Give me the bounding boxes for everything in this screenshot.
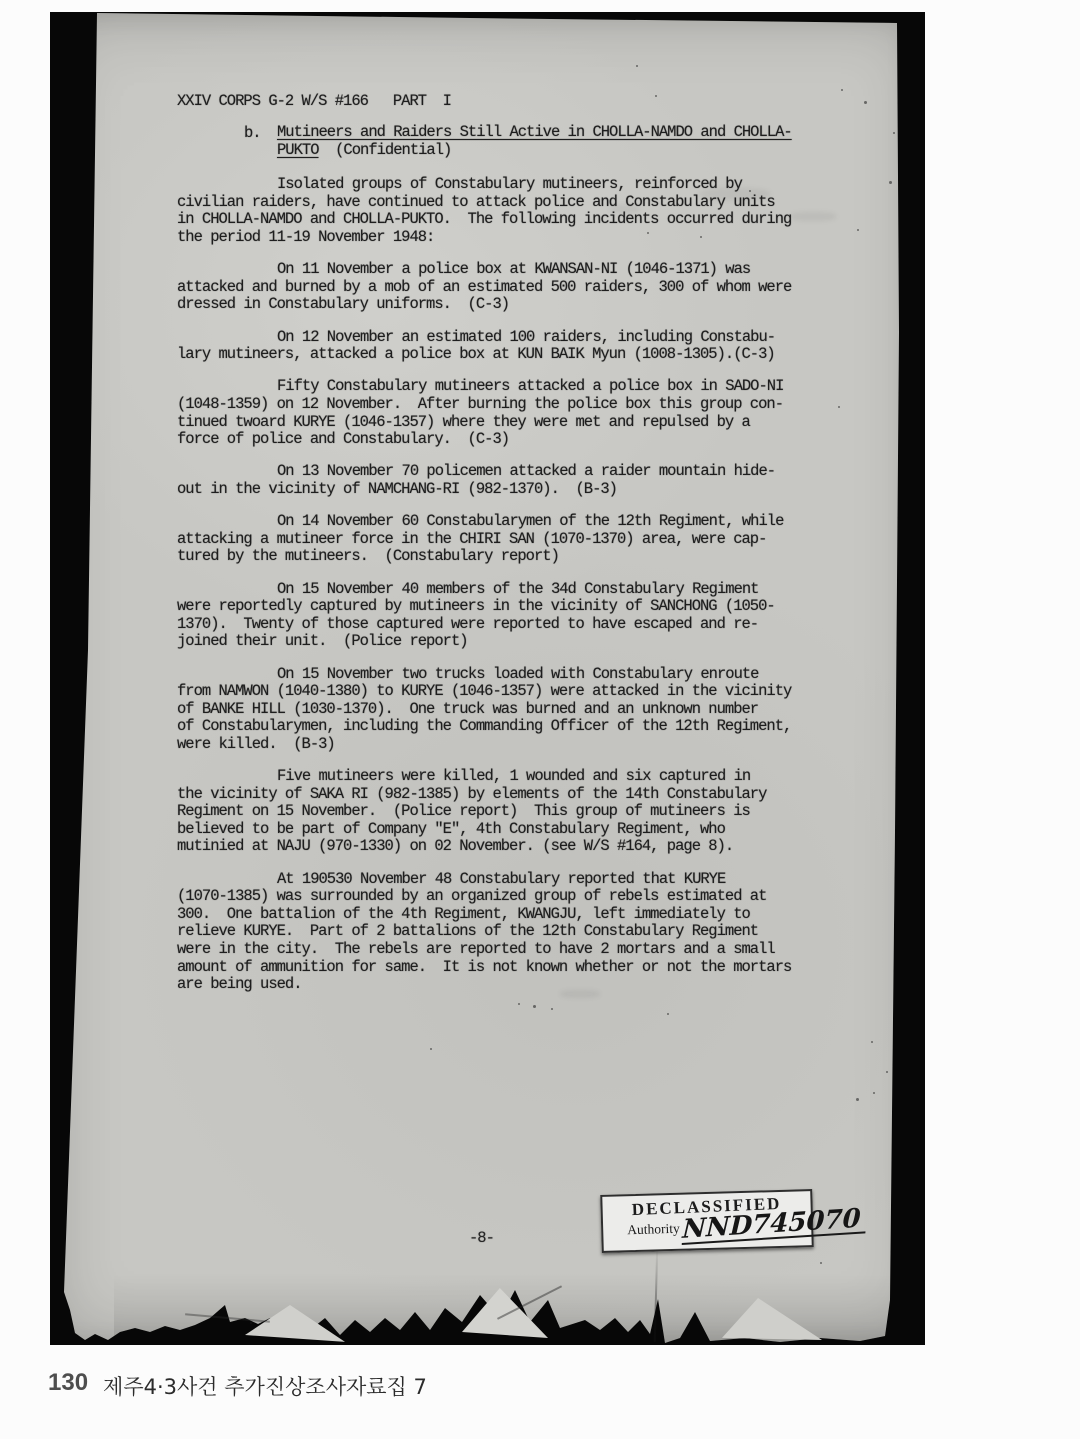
text-line: On 15 November two trucks loaded with Co… (177, 666, 837, 684)
paper-speck (700, 236, 702, 238)
paper-speck (533, 1005, 536, 1008)
paragraph: Five mutineers were killed, 1 wounded an… (177, 768, 837, 856)
text-line: (1048-1359) on 12 November. After burnin… (177, 396, 837, 414)
text-line: lary mutineers, attacked a police box at… (177, 346, 837, 364)
text-line: attacking a mutineer force in the CHIRI … (177, 531, 837, 549)
book-caption: 제주4·3사건 추가진상조사자료집 7 (103, 1371, 427, 1401)
text-line: joined their unit. (Police report) (177, 633, 837, 651)
paragraph: On 14 November 60 Constabularymen of the… (177, 513, 837, 566)
text-line: Five mutineers were killed, 1 wounded an… (177, 768, 837, 786)
paper-speck (864, 101, 867, 104)
text-line: were killed. (B-3) (177, 736, 837, 754)
declassified-stamp: DECLASSIFIED Authority NND745070 (600, 1189, 814, 1253)
text-line: are being used. (177, 976, 837, 994)
paper-smudge (560, 990, 600, 998)
paper-speck (893, 132, 895, 134)
paper-speck (889, 181, 892, 184)
text-line: Regiment on 15 November. (Police report)… (177, 803, 837, 821)
text-line: were reportedly captured by mutineers in… (177, 598, 837, 616)
text-line: On 11 November a police box at KWANSAN-N… (177, 261, 837, 279)
text-line: On 12 November an estimated 100 raiders,… (177, 329, 837, 347)
paragraph: On 11 November a police box at KWANSAN-N… (177, 261, 837, 314)
book-footer: 130 제주4·3사건 추가진상조사자료집 7 (48, 1369, 427, 1401)
text-line: the period 11-19 November 1948: (177, 229, 837, 247)
text-line: were in the city. The rebels are reporte… (177, 941, 837, 959)
paragraph: On 13 November 70 policemen attacked a r… (177, 463, 837, 498)
paper-speck (857, 229, 859, 231)
text-line: force of police and Constabulary. (C-3) (177, 431, 837, 449)
text-line: the vicinity of SAKA RI (982-1385) by el… (177, 786, 837, 804)
document-header: XXIV CORPS G-2 W/S #166 PART I (177, 93, 837, 111)
text-line: from NAMWON (1040-1380) to KURYE (1046-1… (177, 683, 837, 701)
text-line: out in the vicinity of NAMCHANG-RI (982-… (177, 481, 837, 499)
text-line: At 190530 November 48 Constabulary repor… (177, 871, 837, 889)
paper-speck (667, 1013, 669, 1015)
book-page-number: 130 (48, 1369, 88, 1401)
text-line: of BANKE HILL (1030-1370). One truck was… (177, 701, 837, 719)
text-line: On 13 November 70 policemen attacked a r… (177, 463, 837, 481)
paper-speck (518, 1003, 520, 1005)
paper-speck (430, 1048, 432, 1050)
paragraph: Fifty Constabulary mutineers attacked a … (177, 378, 837, 448)
paper-speck (838, 406, 840, 408)
text-line: relieve KURYE. Part of 2 battalions of t… (177, 923, 837, 941)
document-text-block: XXIV CORPS G-2 W/S #166 PART I b. Mutine… (177, 93, 837, 1008)
paper-smudge (610, 205, 640, 213)
paragraph: On 15 November 40 members of the 34d Con… (177, 581, 837, 651)
text-line: tinued twoard KURYE (1046-1357) where th… (177, 414, 837, 432)
paper-smudge (790, 212, 836, 221)
paragraph: At 190530 November 48 Constabulary repor… (177, 871, 837, 994)
text-line: dressed in Constabulary uniforms. (C-3) (177, 296, 837, 314)
text-line: of Constabularymen, including the Comman… (177, 718, 837, 736)
text-line: (1070-1385) was surrounded by an organiz… (177, 888, 837, 906)
paper-speck (820, 1262, 822, 1264)
text-line: On 14 November 60 Constabularymen of the… (177, 513, 837, 531)
paper-speck (647, 232, 649, 234)
stamp-authority-label: Authority (627, 1221, 680, 1243)
paper-speck (841, 89, 843, 91)
text-line: 300. One battalion of the 4th Regiment, … (177, 906, 837, 924)
paper-speck (873, 1092, 875, 1094)
paper-speck (886, 1071, 888, 1073)
section-title-line1: Mutineers and Raiders Still Active in CH… (277, 124, 837, 142)
text-line: believed to be part of Company "E", 4th … (177, 821, 837, 839)
paper-speck (655, 95, 657, 97)
text-line: tured by the mutineers. (Constabulary re… (177, 548, 837, 566)
paper-speck (856, 1098, 859, 1101)
page-number: -8- (469, 1229, 494, 1247)
paragraph: On 12 November an estimated 100 raiders,… (177, 329, 837, 364)
text-line: amount of ammunition for same. It is not… (177, 959, 837, 977)
text-line: On 15 November 40 members of the 34d Con… (177, 581, 837, 599)
paper-speck (636, 65, 638, 67)
text-line: Fifty Constabulary mutineers attacked a … (177, 378, 837, 396)
section-heading: b. Mutineers and Raiders Still Active in… (177, 124, 837, 159)
paragraph: On 15 November two trucks loaded with Co… (177, 666, 837, 754)
paper-speck (871, 1041, 873, 1043)
text-line: mutinied at NAJU (970-1330) on 02 Novemb… (177, 838, 837, 856)
section-title-line2: PUKTO (Confidential) (277, 142, 837, 160)
text-line: 1370). Twenty of those captured were rep… (177, 616, 837, 634)
paper-speck (551, 1008, 553, 1010)
paper-speck (250, 1322, 252, 1324)
text-line: attacked and burned by a mob of an estim… (177, 279, 837, 297)
document-body: Isolated groups of Constabulary mutineer… (177, 176, 837, 994)
section-label: b. (244, 124, 261, 142)
text-line: in CHOLLA-NAMDO and CHOLLA-PUKTO. The fo… (177, 211, 837, 229)
paper-smudge (700, 188, 770, 200)
paragraph: Isolated groups of Constabulary mutineer… (177, 176, 837, 246)
